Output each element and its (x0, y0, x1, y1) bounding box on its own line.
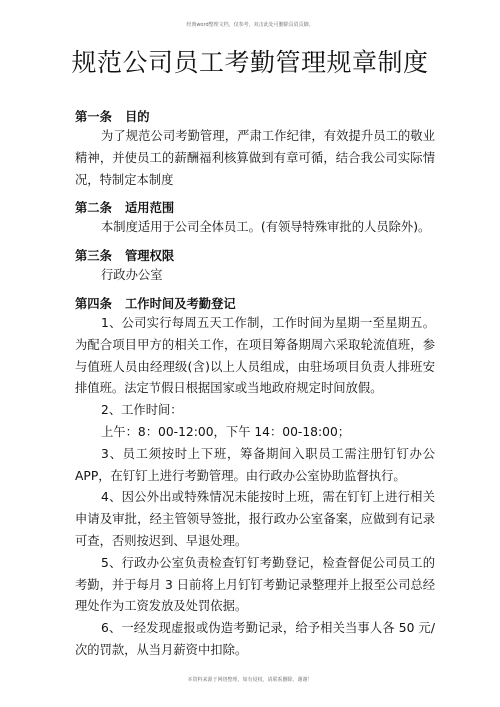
section-title: 目的 (125, 110, 150, 124)
paragraph: 上午：8：00-12:00，下午 14：00-18:00； (75, 422, 435, 444)
paragraph: 6、一经发现虚报或伪造考勤记录，给予相关当事人各 50 元/次的罚款，从当月薪资… (75, 618, 435, 662)
paragraph: 1、公司实行每周五天工作制，工作时间为星期一至星期五。为配合项目甲方的相关工作，… (75, 313, 435, 400)
section-2: 第二条适用范围 本制度适用于公司全体员工。(有领导特殊审批的人员除外)。 (75, 199, 435, 239)
paragraph: 5、行政办公室负责检查钉钉考勤登记，检查督促公司员工的考勤，并于每月 3 日前将… (75, 553, 435, 618)
section-4: 第四条工作时间及考勤登记 1、公司实行每周五天工作制，工作时间为星期一至星期五。… (75, 295, 435, 662)
section-number: 第一条 (75, 108, 125, 126)
page-footer: 本资料来源于网络整理，如有侵权，请联系删除，谢谢！ (0, 676, 500, 683)
page-header: 经典word整理文档，仅参考，双击此处可删除页眉页脚。 (0, 21, 500, 28)
paragraph: 2、工作时间： (75, 400, 435, 422)
section-3: 第三条管理权限 行政办公室 (75, 247, 435, 287)
document-title: 规范公司员工考勤管理规章制度 (0, 43, 500, 79)
section-heading: 第二条适用范围 (75, 199, 435, 217)
paragraph: 本制度适用于公司全体员工。(有领导特殊审批的人员除外)。 (75, 217, 435, 239)
paragraph: 为了规范公司考勤管理，严肃工作纪律，有效提升员工的敬业精神，并使员工的薪酬福利核… (75, 126, 435, 191)
section-title: 适用范围 (125, 201, 174, 215)
paragraph: 行政办公室 (75, 265, 435, 287)
section-title: 管理权限 (125, 249, 174, 263)
section-heading: 第三条管理权限 (75, 247, 435, 265)
paragraph: 3、员工须按时上下班，筹备期间入职员工需注册钉钉办公APP，在钉钉上进行考勤管理… (75, 444, 435, 488)
section-title: 工作时间及考勤登记 (125, 297, 236, 311)
section-heading: 第一条目的 (75, 108, 435, 126)
section-number: 第二条 (75, 199, 125, 217)
section-number: 第四条 (75, 295, 125, 313)
document-body: 第一条目的 为了规范公司考勤管理，严肃工作纪律，有效提升员工的敬业精神，并使员工… (75, 108, 435, 662)
section-heading: 第四条工作时间及考勤登记 (75, 295, 435, 313)
section-number: 第三条 (75, 247, 125, 265)
paragraph: 4、因公外出或特殊情况未能按时上班，需在钉钉上进行相关申请及审批，经主管领导签批… (75, 487, 435, 552)
section-1: 第一条目的 为了规范公司考勤管理，严肃工作纪律，有效提升员工的敬业精神，并使员工… (75, 108, 435, 191)
